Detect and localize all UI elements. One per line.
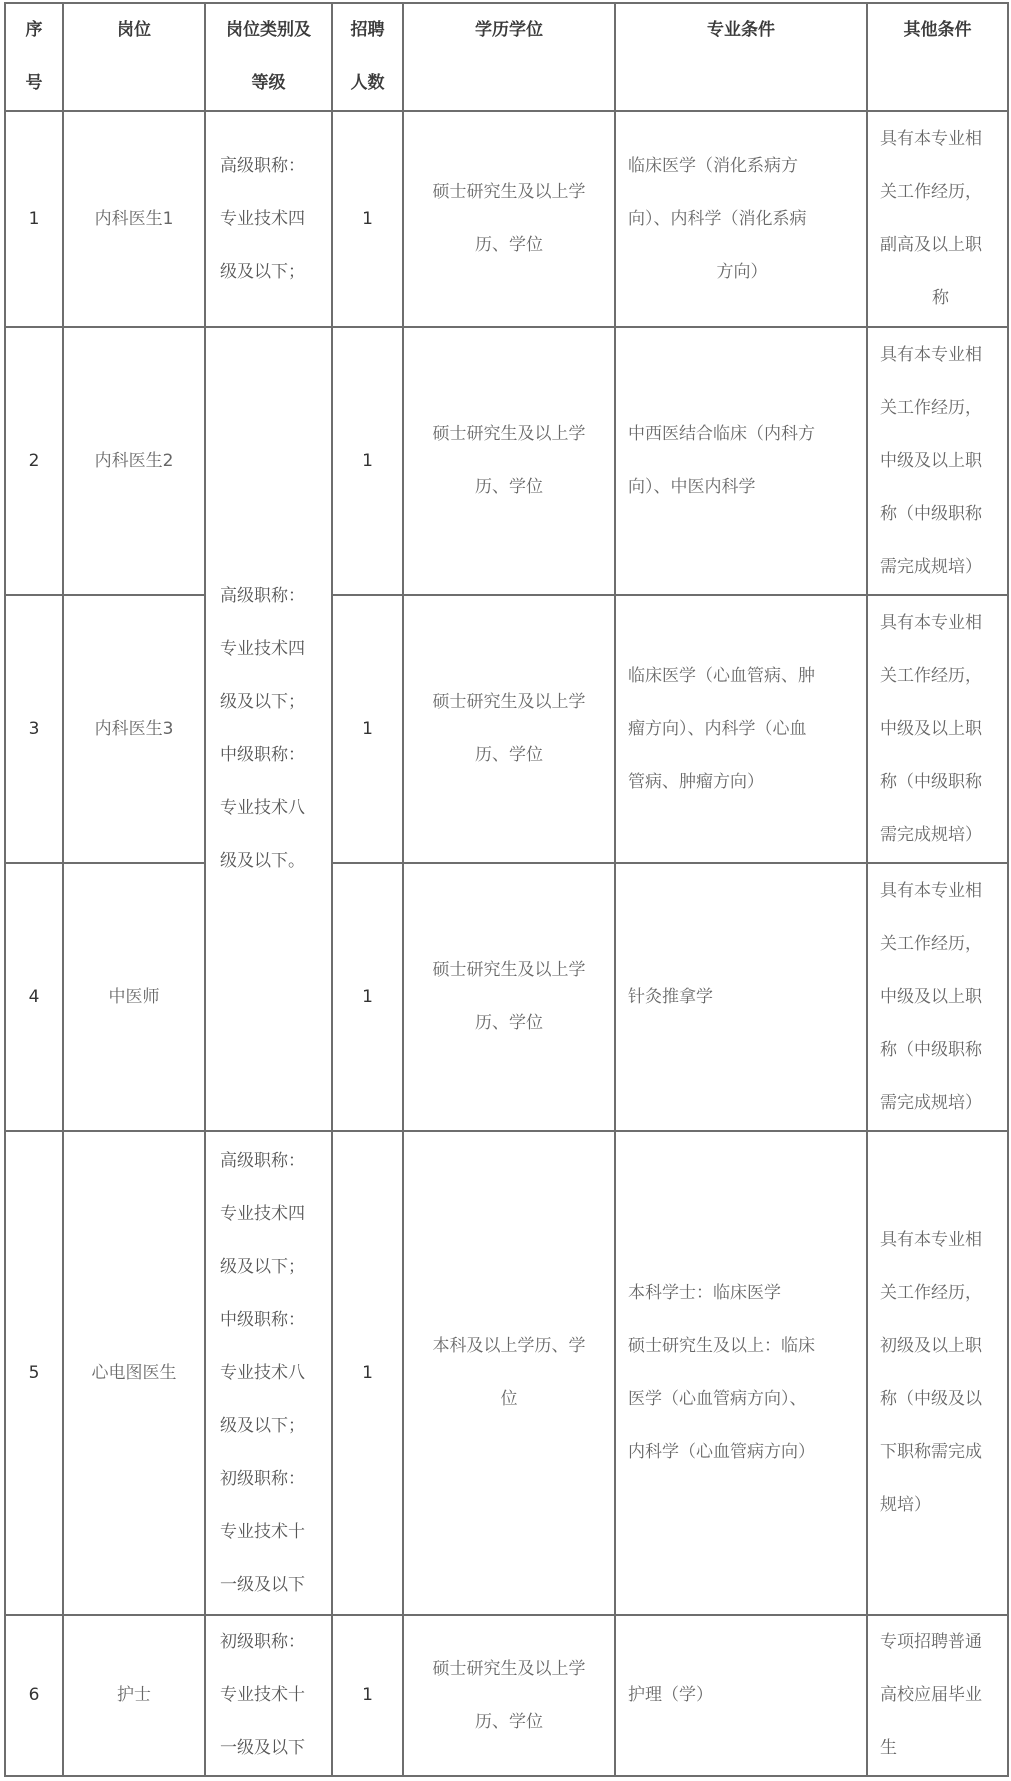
category-line: 高级职称： bbox=[220, 1135, 325, 1188]
other-line: 关工作经历， bbox=[880, 1267, 1001, 1320]
other-line: 关工作经历， bbox=[880, 382, 1001, 435]
cell-seq: 4 bbox=[5, 863, 63, 1131]
category-line: 专业技术十 bbox=[220, 1506, 325, 1559]
header-major-line: 专业条件 bbox=[616, 4, 866, 57]
table-row: 3 内科医生3 1 硕士研究生及以上学 历、学位 临床医学（心血管病、肿 瘤方向… bbox=[5, 595, 1008, 863]
header-major: 专业条件 bbox=[615, 3, 867, 111]
cell-position: 内科医生1 bbox=[63, 111, 205, 327]
cell-major: 针灸推拿学 bbox=[615, 863, 867, 1131]
category-line: 级及以下； bbox=[220, 246, 325, 299]
education-line: 历、学位 bbox=[418, 461, 600, 514]
other-line: 规培） bbox=[880, 1479, 1001, 1532]
major-line: 方向） bbox=[628, 246, 856, 299]
other-line: 初级及以上职 bbox=[880, 1320, 1001, 1373]
other-line: 生 bbox=[880, 1722, 1001, 1775]
category-line: 专业技术十 bbox=[220, 1669, 325, 1722]
header-count-line: 人数 bbox=[333, 57, 402, 110]
cell-education: 本科及以上学历、学 位 bbox=[403, 1131, 615, 1615]
cell-seq: 5 bbox=[5, 1131, 63, 1615]
table-row: 1 内科医生1 高级职称： 专业技术四 级及以下； 1 硕士研究生及以上学 历、… bbox=[5, 111, 1008, 327]
category-line: 高级职称： bbox=[220, 570, 325, 623]
category-line: 中级职称： bbox=[220, 729, 325, 782]
cell-category-merged: 高级职称： 专业技术四 级及以下； 中级职称： 专业技术八 级及以下。 bbox=[205, 327, 332, 1131]
cell-position: 心电图医生 bbox=[63, 1131, 205, 1615]
category-line: 一级及以下 bbox=[220, 1559, 325, 1612]
cell-other: 具有本专业相 关工作经历， 副高及以上职 称 bbox=[867, 111, 1008, 327]
other-line: 副高及以上职 bbox=[880, 219, 1001, 272]
major-line: 管病、肿瘤方向） bbox=[628, 756, 856, 809]
category-line: 高级职称： bbox=[220, 140, 325, 193]
cell-position: 内科医生3 bbox=[63, 595, 205, 863]
major-line: 医学（心血管病方向）、 bbox=[628, 1373, 856, 1426]
cell-seq: 2 bbox=[5, 327, 63, 595]
cell-education: 硕士研究生及以上学 历、学位 bbox=[403, 863, 615, 1131]
table-row: 5 心电图医生 高级职称： 专业技术四 级及以下； 中级职称： 专业技术八 级及… bbox=[5, 1131, 1008, 1615]
other-line: 需完成规培） bbox=[880, 809, 1001, 862]
other-line: 称（中级及以 bbox=[880, 1373, 1001, 1426]
education-line: 硕士研究生及以上学 bbox=[418, 408, 600, 461]
cell-count: 1 bbox=[332, 327, 403, 595]
major-line: 中西医结合临床（内科方 bbox=[628, 408, 856, 461]
other-line: 需完成规培） bbox=[880, 541, 1001, 594]
major-line: 硕士研究生及以上：临床 bbox=[628, 1320, 856, 1373]
category-line: 一级及以下 bbox=[220, 1722, 325, 1775]
header-education-line: 学历学位 bbox=[404, 4, 614, 57]
cell-category: 高级职称： 专业技术四 级及以下； bbox=[205, 111, 332, 327]
header-count-line: 招聘 bbox=[333, 4, 402, 57]
other-line: 称 bbox=[880, 272, 1001, 325]
cell-position: 内科医生2 bbox=[63, 327, 205, 595]
cell-other: 专项招聘普通 高校应届毕业 生 bbox=[867, 1615, 1008, 1776]
cell-count: 1 bbox=[332, 111, 403, 327]
cell-major: 中西医结合临床（内科方 向）、中医内科学 bbox=[615, 327, 867, 595]
table-header-row: 序 号 岗位 岗位类别及 等级 招聘 人数 学历学位 专业条件 其他条件 bbox=[5, 3, 1008, 111]
other-line: 中级及以上职 bbox=[880, 703, 1001, 756]
education-line: 历、学位 bbox=[418, 219, 600, 272]
other-line: 关工作经历， bbox=[880, 650, 1001, 703]
other-line: 具有本专业相 bbox=[880, 1214, 1001, 1267]
category-line: 专业技术八 bbox=[220, 782, 325, 835]
other-line: 关工作经历， bbox=[880, 918, 1001, 971]
major-line: 内科学（心血管病方向） bbox=[628, 1426, 856, 1479]
cell-major: 临床医学（心血管病、肿 瘤方向）、内科学（心血 管病、肿瘤方向） bbox=[615, 595, 867, 863]
header-seq: 序 号 bbox=[5, 3, 63, 111]
cell-count: 1 bbox=[332, 1615, 403, 1776]
header-seq-line: 序 bbox=[6, 4, 62, 57]
category-line: 级及以下； bbox=[220, 1400, 325, 1453]
major-line: 临床医学（心血管病、肿 bbox=[628, 650, 856, 703]
header-other: 其他条件 bbox=[867, 3, 1008, 111]
education-line: 硕士研究生及以上学 bbox=[418, 676, 600, 729]
other-line: 称（中级职称 bbox=[880, 488, 1001, 541]
cell-count: 1 bbox=[332, 1131, 403, 1615]
education-line: 历、学位 bbox=[418, 1696, 600, 1749]
category-line: 初级职称： bbox=[220, 1616, 325, 1669]
category-line: 级及以下； bbox=[220, 676, 325, 729]
major-line: 向）、中医内科学 bbox=[628, 461, 856, 514]
table-row: 6 护士 初级职称： 专业技术十 一级及以下 1 硕士研究生及以上学 历、学位 … bbox=[5, 1615, 1008, 1776]
cell-seq: 6 bbox=[5, 1615, 63, 1776]
other-line: 具有本专业相 bbox=[880, 865, 1001, 918]
cell-other: 具有本专业相 关工作经历， 中级及以上职 称（中级职称 需完成规培） bbox=[867, 595, 1008, 863]
education-line: 硕士研究生及以上学 bbox=[418, 166, 600, 219]
header-education: 学历学位 bbox=[403, 3, 615, 111]
education-line: 本科及以上学历、学 bbox=[418, 1320, 600, 1373]
other-line: 专项招聘普通 bbox=[880, 1616, 1001, 1669]
education-line: 历、学位 bbox=[418, 997, 600, 1050]
other-line: 具有本专业相 bbox=[880, 113, 1001, 166]
cell-seq: 3 bbox=[5, 595, 63, 863]
header-category: 岗位类别及 等级 bbox=[205, 3, 332, 111]
header-seq-line: 号 bbox=[6, 57, 62, 110]
category-line: 专业技术四 bbox=[220, 623, 325, 676]
cell-education: 硕士研究生及以上学 历、学位 bbox=[403, 595, 615, 863]
cell-count: 1 bbox=[332, 863, 403, 1131]
category-line: 级及以下； bbox=[220, 1241, 325, 1294]
major-line: 本科学士：临床医学 bbox=[628, 1267, 856, 1320]
cell-major: 临床医学（消化系病方 向）、内科学（消化系病 方向） bbox=[615, 111, 867, 327]
cell-education: 硕士研究生及以上学 历、学位 bbox=[403, 327, 615, 595]
category-line: 中级职称： bbox=[220, 1294, 325, 1347]
other-line: 下职称需完成 bbox=[880, 1426, 1001, 1479]
category-line: 级及以下。 bbox=[220, 835, 325, 888]
header-category-line: 等级 bbox=[206, 57, 331, 110]
other-line: 称（中级职称 bbox=[880, 756, 1001, 809]
other-line: 具有本专业相 bbox=[880, 597, 1001, 650]
category-line: 专业技术八 bbox=[220, 1347, 325, 1400]
other-line: 具有本专业相 bbox=[880, 329, 1001, 382]
other-line: 关工作经历， bbox=[880, 166, 1001, 219]
cell-position: 中医师 bbox=[63, 863, 205, 1131]
table-row: 4 中医师 1 硕士研究生及以上学 历、学位 针灸推拿学 具有本专业相 关工作经… bbox=[5, 863, 1008, 1131]
major-line: 向）、内科学（消化系病 bbox=[628, 193, 856, 246]
cell-other: 具有本专业相 关工作经历， 初级及以上职 称（中级及以 下职称需完成 规培） bbox=[867, 1131, 1008, 1615]
cell-other: 具有本专业相 关工作经历， 中级及以上职 称（中级职称 需完成规培） bbox=[867, 327, 1008, 595]
education-line: 硕士研究生及以上学 bbox=[418, 944, 600, 997]
header-count: 招聘 人数 bbox=[332, 3, 403, 111]
other-line: 中级及以上职 bbox=[880, 971, 1001, 1024]
category-line: 专业技术四 bbox=[220, 1188, 325, 1241]
category-line: 初级职称： bbox=[220, 1453, 325, 1506]
major-line: 针灸推拿学 bbox=[628, 971, 856, 1024]
category-line: 专业技术四 bbox=[220, 193, 325, 246]
header-position: 岗位 bbox=[63, 3, 205, 111]
cell-seq: 1 bbox=[5, 111, 63, 327]
cell-category: 初级职称： 专业技术十 一级及以下 bbox=[205, 1615, 332, 1776]
cell-major: 本科学士：临床医学 硕士研究生及以上：临床 医学（心血管病方向）、 内科学（心血… bbox=[615, 1131, 867, 1615]
education-line: 硕士研究生及以上学 bbox=[418, 1643, 600, 1696]
recruitment-table: 序 号 岗位 岗位类别及 等级 招聘 人数 学历学位 专业条件 其他条件 bbox=[4, 2, 1009, 1777]
other-line: 中级及以上职 bbox=[880, 435, 1001, 488]
table-row: 2 内科医生2 高级职称： 专业技术四 级及以下； 中级职称： 专业技术八 级及… bbox=[5, 327, 1008, 595]
cell-count: 1 bbox=[332, 595, 403, 863]
other-line: 高校应届毕业 bbox=[880, 1669, 1001, 1722]
cell-education: 硕士研究生及以上学 历、学位 bbox=[403, 111, 615, 327]
major-line: 临床医学（消化系病方 bbox=[628, 140, 856, 193]
cell-education: 硕士研究生及以上学 历、学位 bbox=[403, 1615, 615, 1776]
education-line: 位 bbox=[418, 1373, 600, 1426]
major-line: 护理（学） bbox=[628, 1669, 856, 1722]
cell-other: 具有本专业相 关工作经历， 中级及以上职 称（中级职称 需完成规培） bbox=[867, 863, 1008, 1131]
other-line: 需完成规培） bbox=[880, 1077, 1001, 1130]
cell-major: 护理（学） bbox=[615, 1615, 867, 1776]
header-other-line: 其他条件 bbox=[868, 4, 1007, 57]
cell-category: 高级职称： 专业技术四 级及以下； 中级职称： 专业技术八 级及以下； 初级职称… bbox=[205, 1131, 332, 1615]
education-line: 历、学位 bbox=[418, 729, 600, 782]
header-category-line: 岗位类别及 bbox=[206, 4, 331, 57]
header-position-line: 岗位 bbox=[64, 4, 204, 57]
other-line: 称（中级职称 bbox=[880, 1024, 1001, 1077]
major-line: 瘤方向）、内科学（心血 bbox=[628, 703, 856, 756]
cell-position: 护士 bbox=[63, 1615, 205, 1776]
